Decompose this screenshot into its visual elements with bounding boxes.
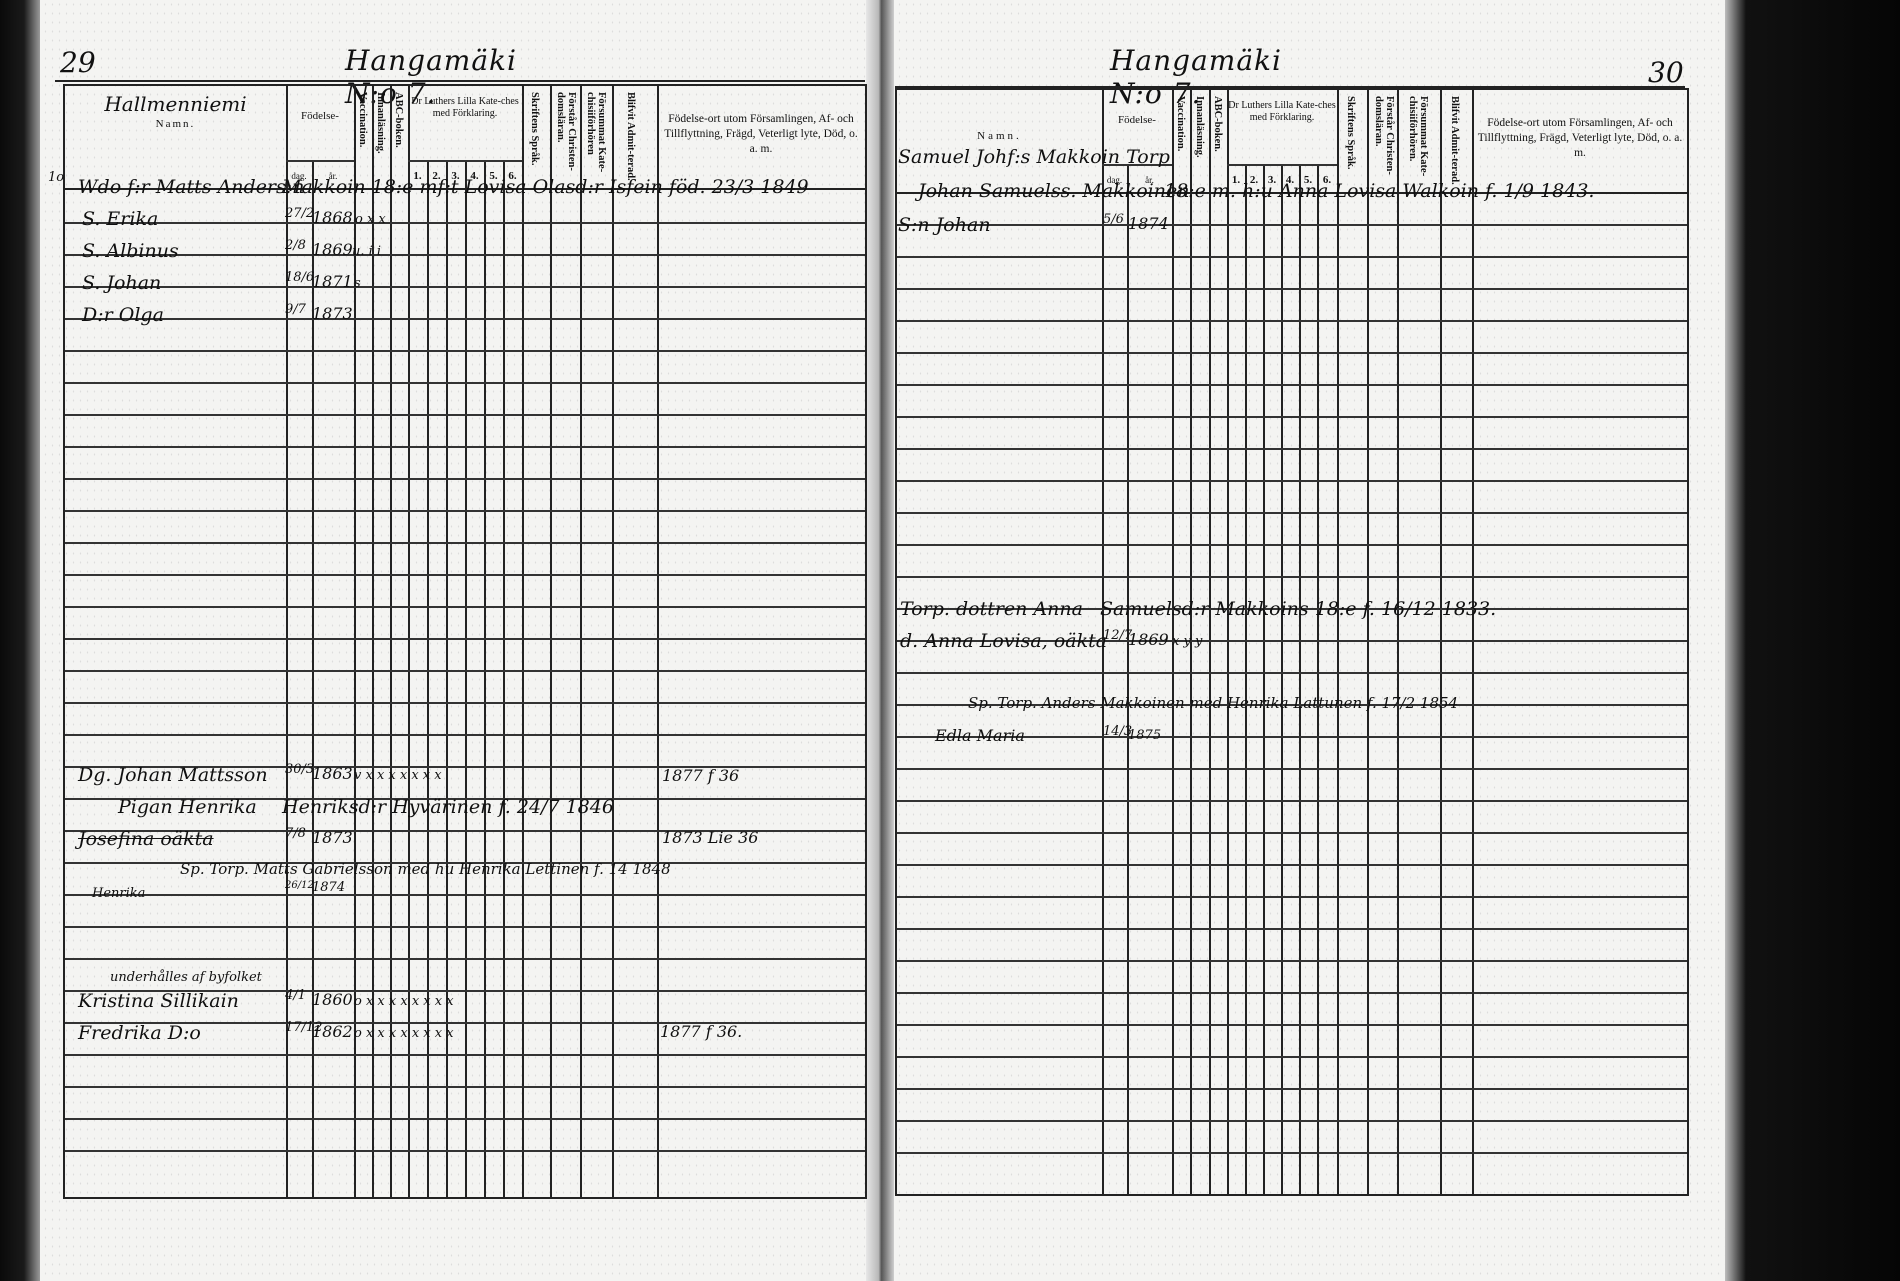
entry-text-across: Sp. Torp. Matts Gabrielsson med hu Henri… [180, 860, 671, 878]
entry-marks: o x x x x x x x x [354, 1026, 454, 1041]
entry-mark: 1o [48, 170, 64, 185]
col-header-scripture: Skriftens Språk. [529, 92, 540, 186]
entry-birth-day: 7/8 [285, 826, 306, 841]
entry-name: S. Erika [82, 208, 158, 230]
col-header-name: Namn. [65, 118, 286, 130]
entry-name: Henrika [92, 886, 145, 901]
entry-birth-day: 30/3 [285, 762, 314, 777]
entry-name: Wdo f:r Matts Anders:n [78, 176, 304, 198]
col-header-missed: Försummat Kate-chisiiförhören. [1407, 96, 1429, 190]
entry-birth-year: 1869 [312, 240, 353, 259]
entry-marks: x y y [1172, 634, 1202, 649]
entry-birth-year: 1875 [1128, 728, 1161, 743]
entry-name: d. Anna Lovisa, oäkta [900, 630, 1107, 652]
entry-remark: 1877 f 36 [662, 766, 739, 785]
entry-birth-day: 26/12 [285, 880, 314, 891]
entry-name: S:n Johan [898, 214, 991, 236]
col-header-reading: Innanläsning. [1194, 96, 1205, 190]
col-header-missed: Försummat Kate-chisiiförhören [585, 92, 607, 186]
col-header-name: Namn. [897, 130, 1102, 142]
col-header-catechism: Dr Luthers Lilla Kate-ches med Förklarin… [408, 96, 522, 120]
entry-text-across: Samuelsd:r Makkoins 18:e f. 16/12 1833. [1100, 598, 1496, 620]
entry-birth-year: 1873 [312, 828, 353, 847]
col-header-reading: Innanläsning. [375, 92, 386, 186]
entry-name: Fredrika D:o [78, 1022, 201, 1044]
book-gutter [866, 0, 894, 1281]
entry-remark: 1873 Lie 36 [662, 828, 758, 847]
entry-birth-year: 1862 [312, 1022, 353, 1041]
entry-birth-day: 9/7 [285, 302, 306, 317]
entry-name: Dg. Johan Mattsson [78, 764, 268, 786]
entry-text-across: Sp. Torp. Anders Makkoinen med Henrika L… [968, 694, 1458, 712]
entry-birth-year: 1874 [1128, 214, 1169, 233]
scan-border-right [1725, 0, 1900, 1281]
col-header-admitted: Blifvit Admit-terad. [1449, 96, 1460, 190]
col-header-vaccination: Vaccination. [1175, 96, 1186, 190]
entry-name: D:r Olga [82, 304, 164, 326]
household-heading: Hallmenniemi [65, 92, 286, 116]
page-number: 30 [1648, 56, 1684, 89]
entry-marks: s [354, 276, 361, 291]
entry-text-across: 18:e m. h:u Anna Lovisa Walkoin f. 1/9 1… [1164, 180, 1594, 202]
col-header-vaccination: Vaccination. [357, 92, 368, 186]
entry-name: Johan Samuelss. Makkoinen [918, 180, 1189, 202]
col-header-remarks: Födelse-ort utom Församlingen, Af- och T… [663, 112, 859, 157]
col-header-birth: Födelse- [1102, 114, 1172, 126]
entry-birth-day: 5/6 [1103, 212, 1124, 227]
entry-marks: u. i i [352, 244, 381, 259]
scan-border-left [0, 0, 40, 1281]
col-header-scripture: Skriftens Språk. [1345, 96, 1356, 190]
entry-birth-year: 1871 [312, 272, 353, 291]
entry-marks: v x x x x x x x [354, 768, 442, 783]
col-header-understands: Förstår Christen-domsläran. [555, 92, 577, 186]
entry-birth-year: 1863 [312, 764, 353, 783]
entry-marks: o x x x x x x x x [354, 994, 454, 1009]
col-header-birth: Födelse- [286, 110, 354, 122]
entry-text-across: Makkoin 18:e mf:t Lovisa Olasd:r Isfein … [282, 176, 809, 198]
entry-note: underhålles af byfolket [110, 970, 262, 985]
entry-marks: o x x [355, 212, 386, 227]
col-header-abc: ABC-boken. [1212, 96, 1223, 190]
col-header-understands: Förstår Christen-domsläran. [1373, 96, 1395, 190]
entry-household-head: Samuel Johf:s Makkoin Torp [898, 146, 1170, 168]
col-header-catechism: Dr Luthers Lilla Kate-ches med Förklarin… [1227, 100, 1337, 124]
entry-name: Edla Maria [935, 726, 1025, 745]
entry-birth-day: 18/6 [285, 270, 314, 285]
entry-name: S. Johan [82, 272, 161, 294]
entry-birth-year: 1873 [312, 304, 353, 323]
header-rule [55, 80, 865, 82]
page-number: 29 [60, 46, 96, 79]
entry-birth-year: 1860 [312, 990, 353, 1009]
entry-remark: 1877 f 36. [660, 1022, 742, 1041]
col-header-abc: ABC-boken. [393, 92, 404, 186]
entry-name: Kristina Sillikain [78, 990, 239, 1012]
entry-birth-day: 2/8 [285, 238, 306, 253]
entry-name: S. Albinus [82, 240, 179, 262]
entry-birth-year: 1868 [312, 208, 353, 227]
entry-birth-day: 4/1 [285, 988, 306, 1003]
entry-text-across: Henriksd:r Hyvärinen f. 24/7 1846 [282, 796, 614, 818]
col-header-admitted: Blifvit Admit-terad. [625, 92, 636, 186]
entry-birth-year: 1874 [312, 880, 345, 895]
col-header-remarks: Födelse-ort utom Församlingen, Af- och T… [1477, 116, 1683, 161]
entry-birth-year: 1869 [1128, 630, 1169, 649]
entry-name-struck: Josefina oäkta [78, 828, 214, 850]
entry-name: Torp. dottren Anna [900, 598, 1083, 620]
entry-name: Pigan Henrika [118, 796, 257, 818]
entry-birth-day: 27/2 [285, 206, 314, 221]
